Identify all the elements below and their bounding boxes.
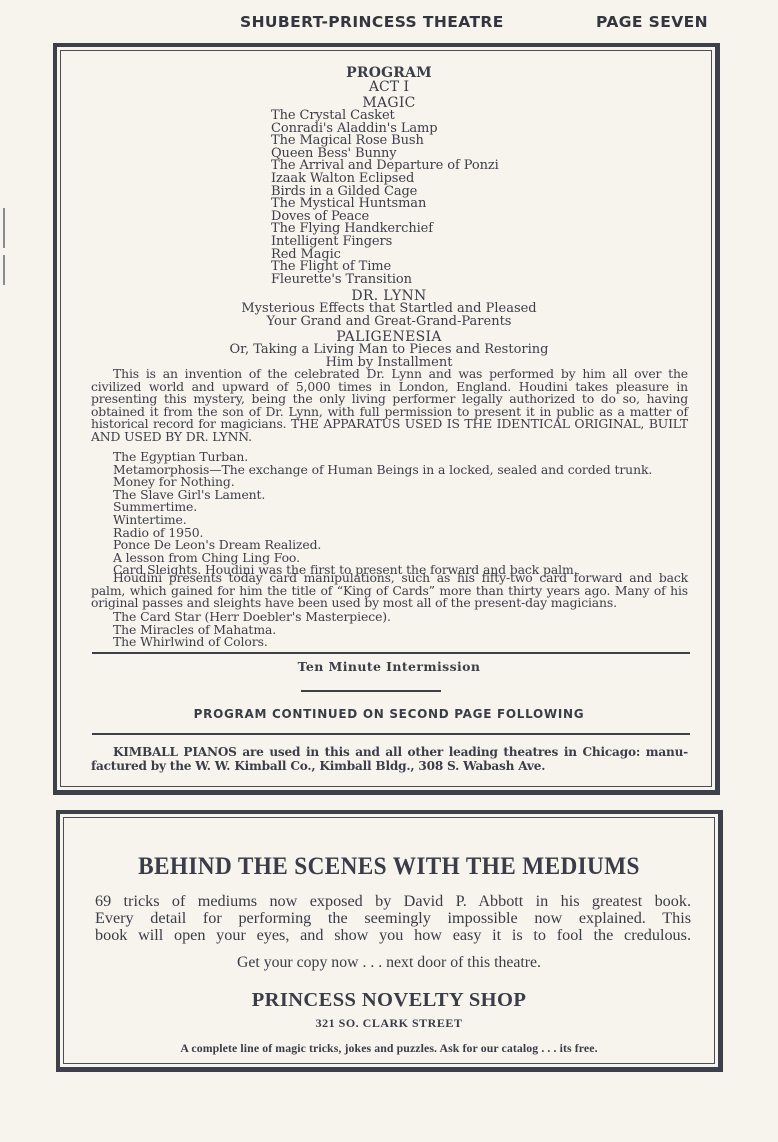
program-continued-notice: PROGRAM CONTINUED ON SECOND PAGE FOLLOWI… <box>0 707 778 721</box>
list-item: Summertime. <box>113 501 652 514</box>
kimball-line: factured by the W. W. Kimball Co., Kimba… <box>91 759 545 773</box>
ad-body: 69 tricks of mediums now exposed by Davi… <box>95 893 691 944</box>
kimball-line: KIMBALL PIANOS are used in this and all … <box>113 745 688 759</box>
magic-items-list: The Crystal Casket Conradi's Aladdin's L… <box>271 110 499 286</box>
ad-body-line: Every detail for performing the seemingl… <box>95 910 691 927</box>
acts-list: The Egyptian Turban. Metamorphosis—The e… <box>113 451 652 577</box>
card-description-text: Houdini presents today card manipulation… <box>91 570 688 610</box>
page-number: PAGE SEVEN <box>596 13 708 31</box>
dr-lynn-subtitle: Your Grand and Great-Grand-Parents <box>0 315 778 328</box>
shop-name: PRINCESS NOVELTY SHOP <box>0 988 778 1012</box>
intermission-notice: Ten Minute Intermission <box>0 660 778 674</box>
ad-body-line: book will open your eyes, and show you h… <box>95 927 691 944</box>
ad-headline: BEHIND THE SCENES WITH THE MEDIUMS <box>27 853 751 881</box>
shop-address: 321 SO. CLARK STREET <box>0 1016 778 1030</box>
ad-call-to-action: Get your copy now . . . next door of thi… <box>0 954 778 972</box>
acts-list: The Card Star (Herr Doebler's Masterpiec… <box>113 611 391 649</box>
binding-staple-mark <box>3 255 5 285</box>
card-manipulations-description: Houdini presents today card manipulation… <box>91 572 688 610</box>
divider-rule <box>92 652 690 654</box>
kimball-pianos-notice: KIMBALL PIANOS are used in this and all … <box>91 745 688 773</box>
list-item: Fleurette's Transition <box>271 274 499 287</box>
theatre-name: SHUBERT-PRINCESS THEATRE <box>240 13 504 31</box>
list-item: The Whirlwind of Colors. <box>113 636 391 649</box>
paligenesia-description: This is an invention of the celebrated D… <box>91 368 688 444</box>
short-divider-rule <box>301 690 441 692</box>
running-head: SHUBERT-PRINCESS THEATRE PAGE SEVEN <box>0 13 778 35</box>
shop-tagline: A complete line of magic tricks, jokes a… <box>0 1041 778 1055</box>
binding-staple-mark <box>3 208 5 248</box>
ad-body-line: 69 tricks of mediums now exposed by Davi… <box>95 893 691 910</box>
divider-rule <box>92 733 690 735</box>
act-heading: ACT I <box>0 80 778 95</box>
paligenesia-description-text: This is an invention of the celebrated D… <box>91 366 688 444</box>
